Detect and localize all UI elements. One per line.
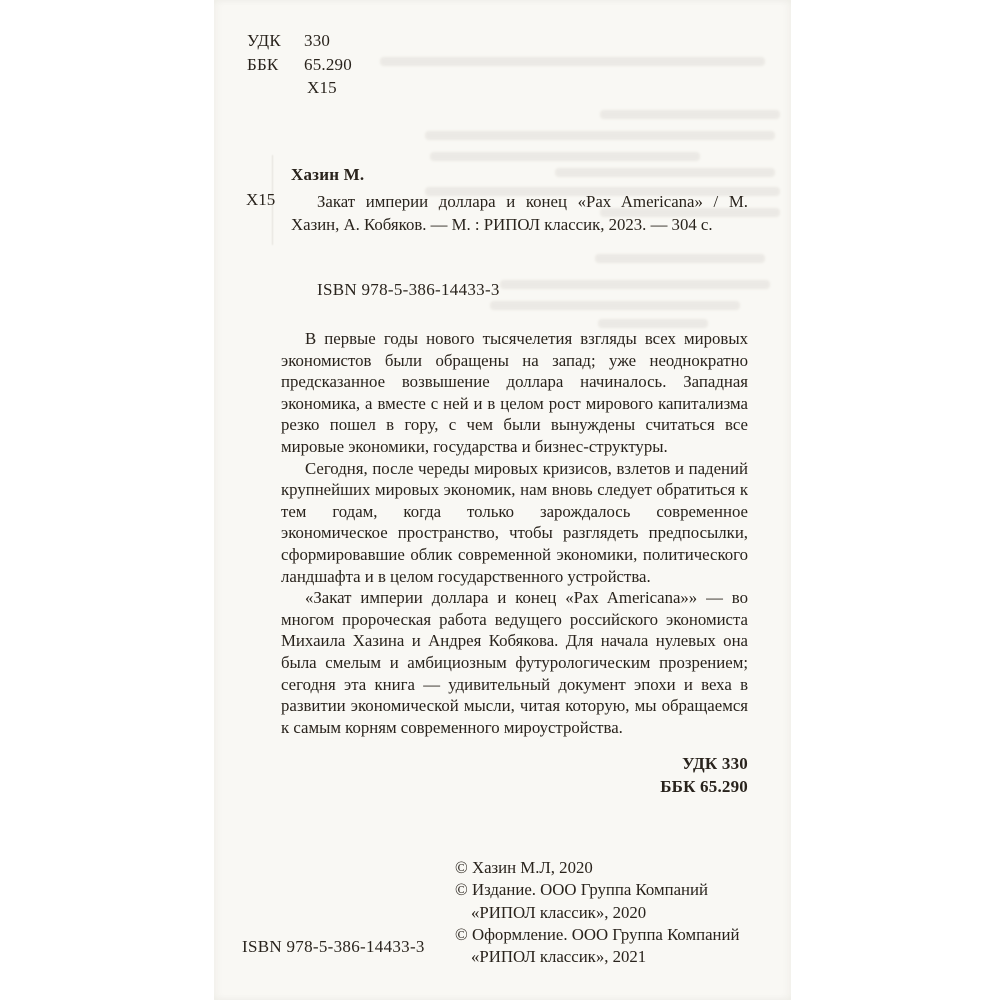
isbn-bottom: ISBN 978-5-386-14433-3	[242, 937, 425, 957]
author-sign: Х15	[247, 76, 352, 100]
showthrough-artifact	[555, 168, 775, 177]
udk-label: УДК	[247, 29, 304, 53]
udk-value: 330	[304, 31, 330, 50]
catalog-bottom-block: УДК 330 ББК 65.290	[660, 753, 748, 798]
showthrough-artifact	[500, 280, 770, 289]
isbn-top: ISBN 978-5-386-14433-3	[317, 280, 500, 300]
showthrough-artifact	[600, 110, 780, 119]
bbk-code-bottom: ББК 65.290	[660, 776, 748, 799]
annotation-paragraph: Сегодня, после череды мировых кризисов, …	[281, 458, 748, 588]
catalog-top-block: УДК330 ББК65.290 Х15	[247, 29, 352, 100]
bbk-value: 65.290	[304, 55, 352, 74]
book-page-photo: УДК330 ББК65.290 Х15 Хазин М. Х15 Закат …	[0, 0, 1000, 1000]
bbk-code: ББК65.290	[247, 53, 352, 77]
showthrough-artifact	[598, 319, 708, 328]
udk-code: УДК330	[247, 29, 352, 53]
showthrough-artifact	[595, 254, 765, 263]
copyright-entry-continuation: «РИПОЛ классик», 2020	[455, 902, 740, 924]
copyright-entry: © Издание. ООО Группа Компаний	[455, 879, 740, 901]
author-heading: Хазин М.	[291, 165, 364, 185]
bbk-label: ББК	[247, 53, 304, 77]
showthrough-artifact	[490, 301, 740, 310]
annotation-paragraph: В первые годы нового тысячелетия взгляды…	[281, 328, 748, 458]
copyright-block: © Хазин М.Л, 2020 © Издание. ООО Группа …	[455, 857, 740, 968]
showthrough-artifact	[430, 152, 700, 161]
showthrough-artifact	[380, 57, 765, 66]
showthrough-artifact	[425, 131, 775, 140]
bibliographic-entry: Закат империи доллара и конец «Pax Ameri…	[291, 190, 748, 236]
copyright-entry: © Оформление. ООО Группа Компаний	[455, 924, 740, 946]
book-page: УДК330 ББК65.290 Х15 Хазин М. Х15 Закат …	[214, 0, 791, 1000]
udk-code-bottom: УДК 330	[660, 753, 748, 776]
copyright-entry-continuation: «РИПОЛ классик», 2021	[455, 946, 740, 968]
annotation-block: В первые годы нового тысячелетия взгляды…	[281, 328, 748, 738]
annotation-paragraph: «Закат империи доллара и конец «Pax Amer…	[281, 587, 748, 738]
bib-author-sign: Х15	[246, 190, 275, 210]
copyright-entry: © Хазин М.Л, 2020	[455, 857, 740, 879]
